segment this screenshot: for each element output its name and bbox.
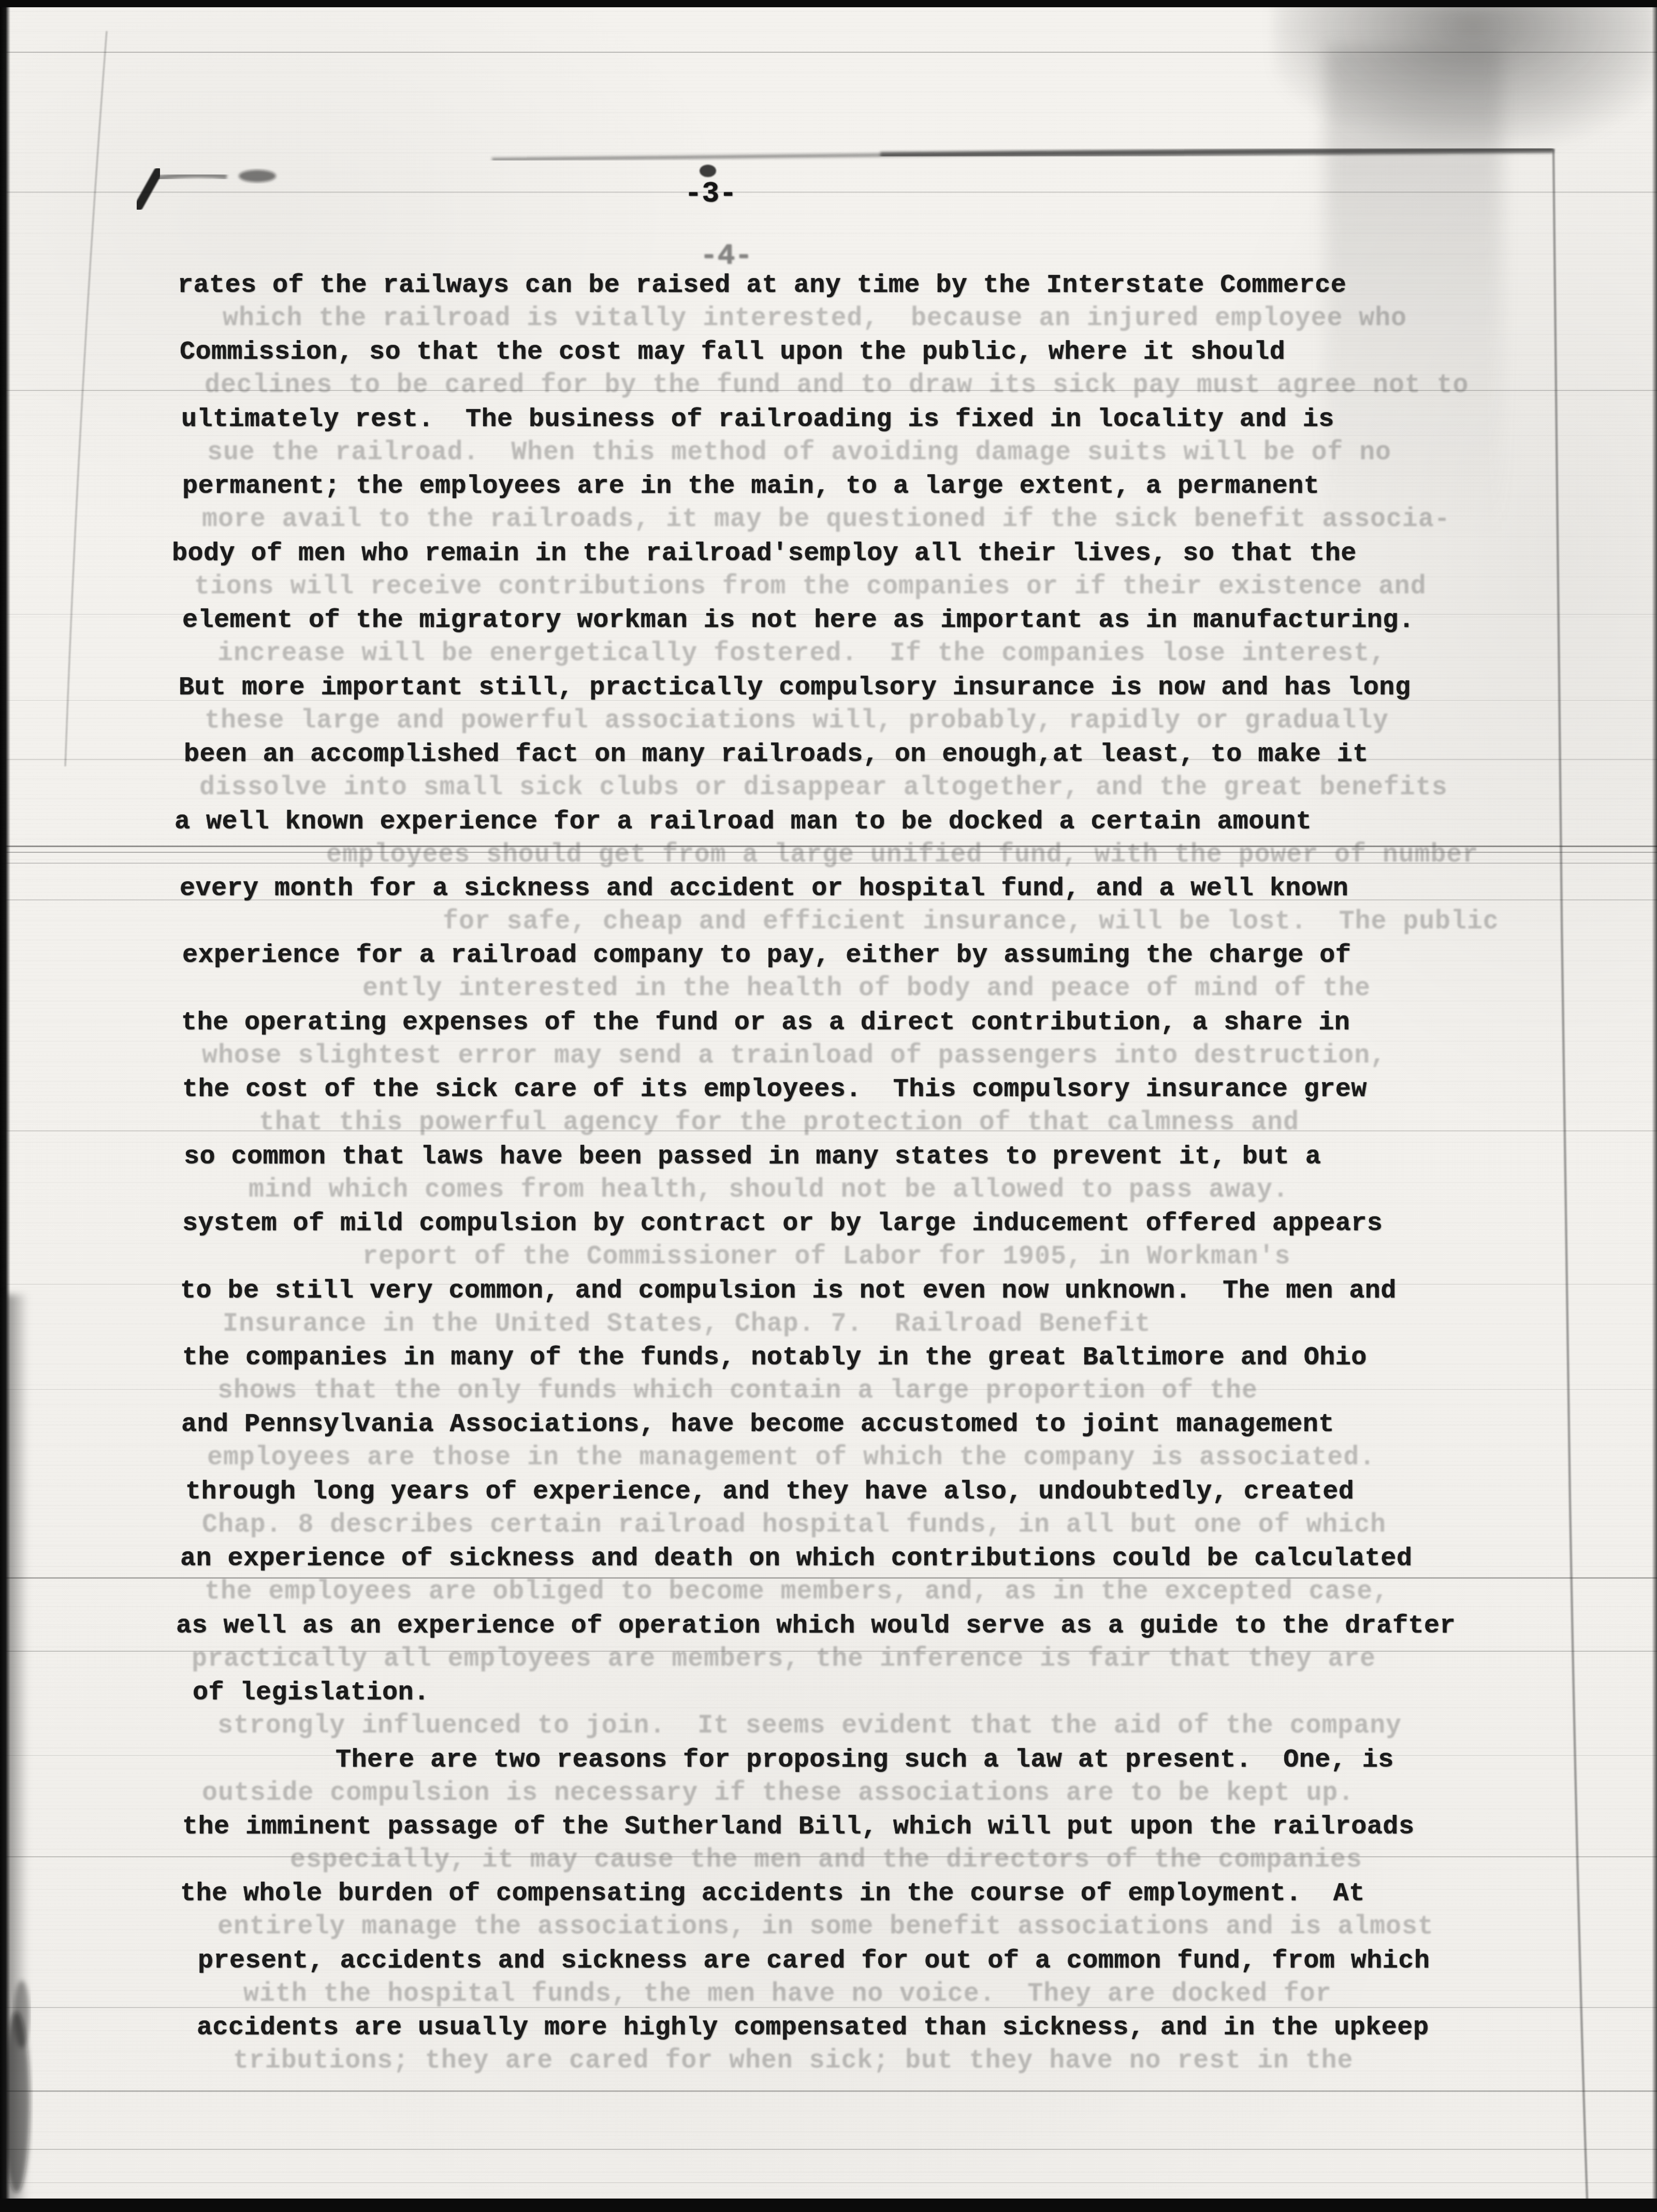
typewritten-line: the companies in many of the funds, nota…	[182, 1344, 1367, 1372]
typewritten-line: rates of the railways can be raised at a…	[178, 272, 1346, 300]
typewritten-line: But more important still, practically co…	[179, 674, 1411, 702]
typewritten-line: accidents are usually more highly compen…	[197, 2014, 1429, 2042]
typewritten-line: permanent; the employees are in the main…	[182, 473, 1319, 501]
ghost-text-line: increase will be energetically fostered.…	[217, 639, 1386, 668]
typewritten-line: an experience of sickness and death on w…	[180, 1545, 1412, 1573]
typewritten-line: of legislation.	[193, 1679, 430, 1707]
ghost-text-line: report of the Commissioner of Labor for …	[362, 1243, 1290, 1272]
scan-edge-top	[0, 0, 1657, 7]
ghost-text-line: whose slightest error may send a trainlo…	[202, 1042, 1386, 1071]
typewritten-line: been an accomplished fact on many railro…	[184, 741, 1369, 769]
typewritten-line: the operating expenses of the fund or as…	[181, 1009, 1350, 1037]
typewritten-line: to be still very common, and compulsion …	[180, 1277, 1397, 1305]
ghost-text-line: especially, it may cause the men and the…	[290, 1846, 1362, 1875]
typewritten-line: experience for a railroad company to pay…	[182, 942, 1351, 970]
ghost-text-line: Insurance in the United States, Chap. 7.…	[223, 1310, 1151, 1339]
typewritten-line: element of the migratory workman is not …	[182, 607, 1414, 635]
ghost-text-line: employees should get from a large unifie…	[326, 841, 1478, 870]
pen-mark-smear	[155, 175, 227, 179]
scan-line	[0, 2149, 1657, 2150]
typewritten-line: a well known experience for a railroad m…	[175, 808, 1312, 836]
typewritten-line: body of men who remain in the railroad's…	[172, 540, 1357, 568]
left-edge-crease	[65, 31, 107, 766]
scan-line	[0, 2090, 1657, 2092]
typewritten-line: the whole burden of compensating acciden…	[180, 1880, 1365, 1908]
page-number: -3-	[685, 177, 737, 210]
scan-line	[0, 192, 1657, 193]
scan-edge-left-smudge	[4, 1294, 28, 2206]
typewritten-line: as well as an experience of operation wh…	[176, 1612, 1456, 1640]
ghost-text-line: which the railroad is vitally interested…	[223, 304, 1407, 333]
typewritten-line: every month for a sickness and accident …	[180, 875, 1348, 903]
typewritten-line: the cost of the sick care of its employe…	[182, 1076, 1367, 1104]
typewritten-line: Commission, so that the cost may fall up…	[180, 339, 1285, 367]
scan-edge-bottom	[0, 2199, 1657, 2212]
ghost-text-line: shows that the only funds which contain …	[217, 1377, 1258, 1406]
typewritten-line: so common that laws have been passed in …	[184, 1143, 1321, 1171]
ghost-text-line: for safe, cheap and efficient insurance,…	[443, 908, 1499, 937]
ghost-text-line: with the hospital funds, the men have no…	[243, 1980, 1332, 2009]
typewritten-line: ultimately rest. The business of railroa…	[181, 406, 1334, 434]
typewritten-line: through long years of experience, and th…	[185, 1478, 1354, 1506]
ghost-text-line: declines to be cared for by the fund and…	[205, 371, 1469, 400]
ghost-text-line: practically all employees are members, t…	[192, 1645, 1376, 1674]
ghost-text-line: dissolve into small sick clubs or disapp…	[199, 774, 1448, 803]
pen-mark-blob	[239, 170, 276, 182]
ink-blot	[700, 165, 716, 177]
ghost-text-line: tions will receive contributions from th…	[194, 573, 1427, 602]
ghost-text-line: ently interested in the health of body a…	[362, 974, 1371, 1003]
ghost-text-line: these large and powerful associations wi…	[205, 707, 1389, 736]
typewritten-line: system of mild compulsion by contract or…	[182, 1210, 1383, 1238]
ghost-text-line: the employees are obliged to become memb…	[205, 1578, 1389, 1607]
vertical-crease-line	[1553, 149, 1588, 2212]
ghost-text-line: mind which comes from health, should not…	[249, 1176, 1289, 1205]
ghost-text-line: strongly influenced to join. It seems ev…	[217, 1712, 1402, 1741]
ghost-text-line: more avail to the railroads, it may be q…	[202, 505, 1450, 534]
ghost-text-line: sue the railroad. When this method of av…	[207, 439, 1391, 468]
typewritten-line: There are two reasons for proposing such…	[336, 1747, 1394, 1774]
scan-edge-right	[1652, 0, 1657, 2212]
ghost-text-line: entirely manage the associations, in som…	[217, 1913, 1434, 1942]
ghost-text-line: employees are those in the management of…	[207, 1444, 1375, 1473]
typewritten-line: the imminent passage of the Sutherland B…	[182, 1813, 1414, 1841]
page-number-ghost: -4-	[700, 239, 752, 272]
ghost-text-line: Chap. 8 describes certain railroad hospi…	[202, 1511, 1386, 1540]
typewritten-line: present, accidents and sickness are care…	[198, 1947, 1430, 1975]
ghost-text-line: tributions; they are cared for when sick…	[233, 2047, 1353, 2076]
scan-line	[0, 2182, 1657, 2183]
scanned-document-page: -3- -4- which the railroad is vitally in…	[0, 0, 1657, 2212]
pen-mark	[139, 172, 158, 206]
ghost-text-line: outside compulsion is necessary if these…	[202, 1779, 1354, 1808]
scan-line	[0, 52, 1657, 53]
ghost-text-line: that this powerful agency for the protec…	[259, 1109, 1299, 1138]
typewritten-line: and Pennsylvania Associations, have beco…	[181, 1411, 1334, 1439]
